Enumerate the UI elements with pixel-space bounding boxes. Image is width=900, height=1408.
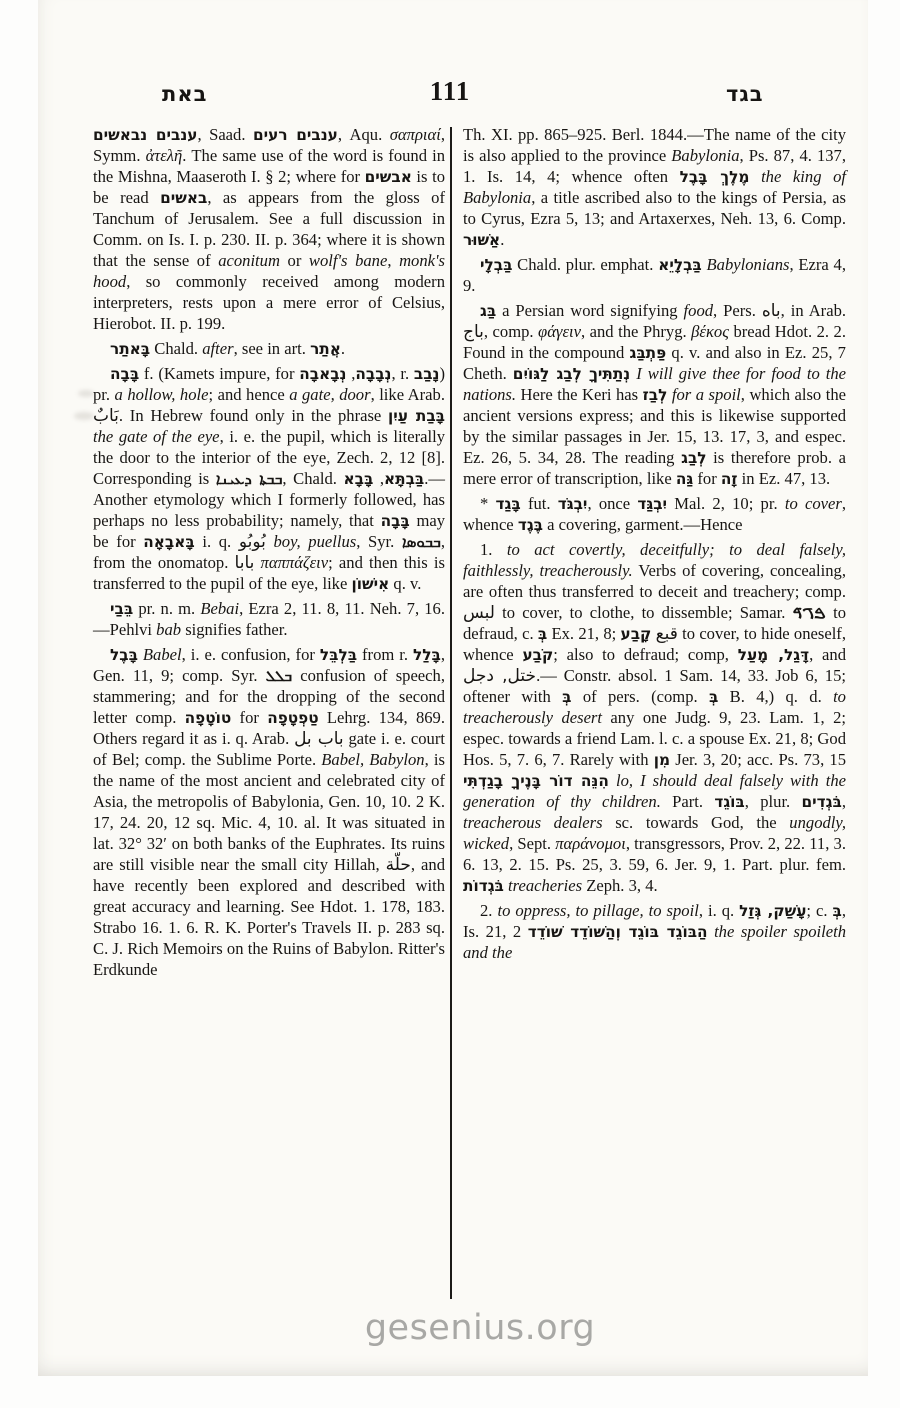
syriac-word: ܒܒܬܐ ܕܥܝܢܐ [216, 470, 283, 488]
text-run: , [842, 792, 846, 811]
text-run: Here the Keri has [516, 385, 643, 404]
hebrew-word: באשים [160, 189, 207, 207]
text-run: . [500, 230, 504, 249]
hebrew-word: אִישׁוֹן [352, 575, 390, 593]
greek-word: φάγειν [538, 322, 581, 341]
hebrew-word: בֹּגְדוֹת [463, 877, 504, 895]
text-run: , plur. [745, 792, 802, 811]
text-run: Part. [661, 792, 715, 811]
text-run: . [341, 339, 345, 358]
hebrew-word: בּוֹגֵד [714, 793, 744, 811]
text-run: ; also to defraud; comp, [553, 645, 737, 664]
column-divider-rule [450, 127, 452, 1299]
arabic-word: لبس [463, 603, 495, 623]
text-run: , Chald. [282, 469, 343, 488]
text-run: or [280, 251, 309, 270]
hebrew-word: נְבָבָה [355, 365, 391, 383]
right-column: Th. XI. pp. 865–925. Berl. 1844.—The nam… [463, 124, 846, 963]
text-run: Zeph. 3, 4. [582, 876, 658, 895]
watermark: gesenius.org [0, 1308, 900, 1348]
text-run: B. 4,) q. d. [718, 687, 833, 706]
hebrew-word: בָּבַת עַיִן [388, 407, 445, 425]
hebrew-word: עָשַׁק, גְּזַל [739, 902, 806, 920]
text-run: , Syr. [356, 532, 402, 551]
paragraph: בָּבֶל Babel, i. e. confusion, for בַּלְ… [93, 644, 445, 980]
italic-text: Babel [143, 645, 182, 664]
syriac-word: ܒܒܘܣܐ [402, 533, 441, 551]
arabic-word: باج [463, 322, 484, 342]
hebrew-word: טוֹטָפָה [185, 709, 232, 727]
paragraph: בֵּבַי pr. n. m. Bebai, Ezra 2, 11. 8, 1… [93, 598, 445, 640]
italic-text: Babel, Babylon [321, 750, 424, 769]
text-run: sc. towards God, the [603, 813, 790, 832]
hebrew-word: בָּאבָאָה [143, 533, 194, 551]
paragraph: בָּבָה f. (Kamets impure, for נְבָבָה, נ… [93, 363, 445, 594]
arabic-word: حلّة [386, 855, 411, 875]
hebrew-word: לְבַז [643, 386, 668, 404]
text-run: ; and hence [208, 385, 289, 404]
greek-word: σαπριαί [390, 125, 441, 144]
paragraph: 1. to act covertly, deceitfully; to deal… [463, 539, 846, 896]
hebrew-word: ענבים נבאשים [93, 126, 197, 144]
hebrew-word: בָּגַד [496, 495, 521, 513]
arabic-word: بُوبُو [239, 532, 266, 552]
text-run: from r. [357, 645, 413, 664]
hebrew-word: בַּבְתָּא [384, 470, 424, 488]
text-run: , i. e. confusion, for [182, 645, 320, 664]
hebrew-word: בַּג [480, 302, 496, 320]
text-run: to cover, to clothe, to dissemble; Samar… [495, 603, 793, 622]
text-run: Chald. [150, 339, 202, 358]
hebrew-word: בָּבָה [381, 512, 410, 530]
hebrew-word: גַּה [676, 470, 693, 488]
text-run: * [480, 494, 496, 513]
text-run: ; c. [806, 901, 832, 920]
hebrew-word: בְּ [538, 625, 547, 643]
text-run: of pers. (comp. [572, 687, 709, 706]
hebrew-word: יִבְגֹּד [558, 495, 588, 513]
hebrew-word: בְּ [709, 688, 718, 706]
text-run: pr. n. m. [133, 599, 200, 618]
text-run: signifies father. [181, 620, 287, 639]
hebrew-word: אֲתַר [310, 340, 341, 358]
text-run [749, 167, 761, 186]
italic-text: for a spoil [672, 385, 741, 404]
italic-text: treacheries [508, 876, 582, 895]
arabic-word: باه [762, 301, 781, 321]
text-run: , see in art. [234, 339, 311, 358]
text-run: i. q. [195, 532, 239, 551]
hebrew-word: דָּגַל, מָעַל [738, 646, 809, 664]
hebrew-word: בָּאתַר [110, 340, 150, 358]
italic-text: a hollow, hole [115, 385, 209, 404]
samaritan-word: ࠁࠂࠃ [793, 604, 826, 622]
paragraph: ענבים נבאשים, Saad. ענבים רעים, Aqu. σαπ… [93, 124, 445, 334]
text-run: , Aqu. [338, 125, 390, 144]
hebrew-word: בֵּבַי [110, 600, 133, 618]
text-run: . In Hebrew found only in the phrase [119, 406, 388, 425]
text-run: f. (Kamets impure, for [139, 364, 299, 383]
hebrew-word: קֹבַע [522, 646, 553, 664]
text-run: q. v. [389, 574, 421, 593]
text-run: , and [809, 645, 846, 664]
hebrew-word: בָּבֶל [110, 646, 138, 664]
greek-word: ἀτελῆ [146, 146, 183, 165]
arabic-word: بَابٌ [93, 406, 119, 426]
italic-text: boy, puellus [273, 532, 356, 551]
greek-word: παππάζειν [261, 553, 329, 572]
paragraph: Th. XI. pp. 865–925. Berl. 1844.—The nam… [463, 124, 846, 250]
hebrew-word: בֹּגְדִים [802, 793, 842, 811]
italic-text: aconitum [218, 251, 280, 270]
hebrew-word: נָבַב [414, 365, 440, 383]
text-run: , [373, 469, 384, 488]
text-run: for [693, 469, 721, 488]
text-run: fut. [521, 494, 558, 513]
arabic-word: بابا [235, 553, 255, 573]
text-run [609, 771, 616, 790]
arabic-word: باب بل [294, 729, 344, 749]
text-run: , Sept. [509, 834, 555, 853]
hebrew-word: אַשּׁוּר [463, 231, 500, 249]
paragraph: בַּבְלָי Chald. plur. emphat. בַּבְלָיֵא… [463, 254, 846, 296]
hebrew-word: אבשים [365, 168, 412, 186]
hebrew-word: נְתַתִּיךָ לְבַג לַגּוֹיִם [513, 365, 630, 383]
text-run: Chald. plur. emphat. [512, 255, 658, 274]
hebrew-word: לְבַג [681, 449, 706, 467]
italic-text: after [202, 339, 233, 358]
hebrew-word: מִן [654, 751, 670, 769]
italic-text: wolf's bane [309, 251, 387, 270]
text-run: Ex. 21, 8; [547, 624, 620, 643]
text-run: , r. [391, 364, 413, 383]
text-run: , like Arab. [371, 385, 445, 404]
hebrew-word: בַּבְלָיֵא [658, 256, 702, 274]
text-run: , comp. [484, 322, 538, 341]
hebrew-word: ענבים רעים [253, 126, 338, 144]
syriac-word: ܒܠܠ [266, 667, 292, 685]
text-run: , once [587, 494, 637, 513]
italic-text: Babylonians [707, 255, 790, 274]
italic-text: treacherous dealers [463, 813, 603, 832]
hebrew-word: נְבָאבָה [299, 365, 346, 383]
text-run: , Pers. [713, 301, 762, 320]
text-run: , so commonly received among modern inte… [93, 272, 445, 333]
hebrew-word: הַבּוֹגֵד בּוֹגֵד וְהַשּׁוֹדֵד שׁוֹדֵד [528, 923, 708, 941]
hebrew-word: קָבַע [621, 625, 652, 643]
page-number: 111 [0, 76, 900, 107]
hebrew-word: בְּ [833, 902, 842, 920]
hebrew-word: טַפְטָפָה [267, 709, 318, 727]
text-run: , [387, 251, 399, 270]
text-run: , in Arab. [781, 301, 846, 320]
arabic-word: قبع [656, 624, 678, 644]
hebrew-word: זָה [721, 470, 738, 488]
paragraph: * בָּגַד fut. יִבְגֹּד, once יִבְגַּד Ma… [463, 493, 846, 535]
hebrew-word: מֶלֶךְ בָּבֶל [680, 168, 750, 186]
hebrew-word: פַּתְבַּג [630, 344, 667, 362]
hebrew-word: בַּלְבֵּל [320, 646, 357, 664]
italic-text: Babylonia [671, 146, 739, 165]
italic-text: food [684, 301, 714, 320]
running-head-right-hebrew: בגד [726, 82, 764, 106]
greek-word: παράνομοι [555, 834, 626, 853]
paragraph: בַּג a Persian word signifying food, Per… [463, 300, 846, 489]
text-run: 1. [480, 540, 507, 559]
italic-text: a gate, door [289, 385, 370, 404]
paragraph: בָּאתַר Chald. after, see in art. אֲתַר. [93, 338, 445, 359]
italic-text: the gate of the eye [93, 427, 220, 446]
scan-smudge [74, 412, 94, 420]
text-run: , Saad. [197, 125, 253, 144]
text-run: , and the Phryg. [581, 322, 691, 341]
greek-word: βέκος [691, 322, 729, 341]
hebrew-word: הִנֵּה דוֹר בָּנֶיךָ בָגַדְתִּי [463, 772, 609, 790]
text-run: , i. q. [699, 901, 739, 920]
text-run: in Ez. 47, 13. [738, 469, 831, 488]
hebrew-word: בָּבָא [344, 470, 374, 488]
text-run: for [231, 708, 267, 727]
text-run: 2. [480, 901, 497, 920]
italic-text: to cover [785, 494, 842, 513]
hebrew-word: בָּבָה [110, 365, 139, 383]
left-column: ענבים נבאשים, Saad. ענבים רעים, Aqu. σαπ… [93, 124, 445, 980]
italic-text: bab [156, 620, 181, 639]
text-run: a Persian word signifying [496, 301, 683, 320]
text-run: Mal. 2, 10; pr. [667, 494, 785, 513]
arabic-word: ختل, دجل [463, 666, 536, 686]
hebrew-word: יִבְגַּד [637, 495, 667, 513]
scan-smudge [78, 390, 94, 397]
italic-text: to oppress, to pillage, to spoil [497, 901, 698, 920]
hebrew-word: בֶּגֶד [518, 516, 543, 534]
hebrew-word: בְּ [562, 688, 571, 706]
text-run: a covering, garment.—Hence [543, 515, 743, 534]
text-run: Jer. 3, 20; acc. Ps. 73, 15 [670, 750, 846, 769]
paragraph: 2. to oppress, to pillage, to spoil, i. … [463, 900, 846, 963]
italic-text: Bebai [200, 599, 239, 618]
hebrew-word: בַּבְלָי [480, 256, 512, 274]
hebrew-word: בָּלַל [413, 646, 441, 664]
